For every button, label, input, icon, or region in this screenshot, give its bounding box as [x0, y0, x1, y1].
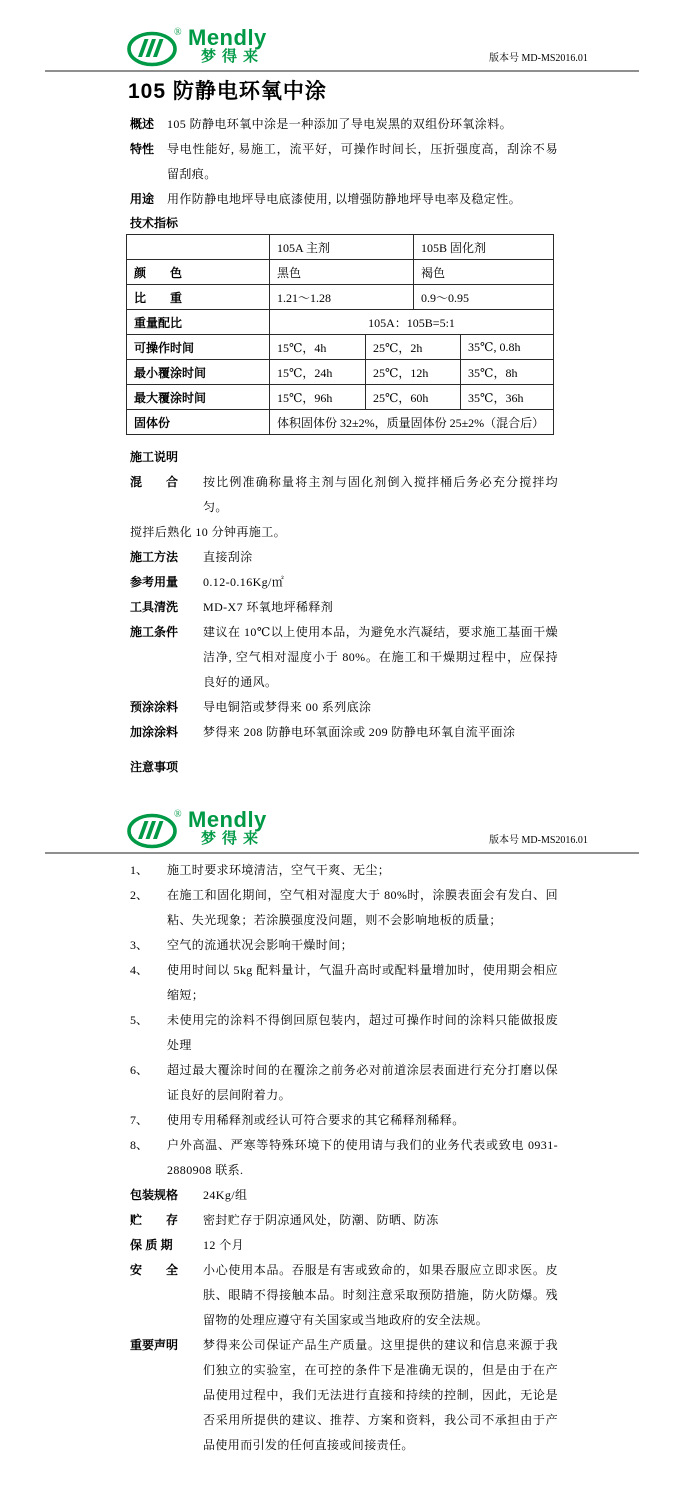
- section-text: 导电性能好, 易施工，流平好，可操作时间长，压折强度高，刮涂不易留刮痕。: [167, 137, 558, 187]
- section-text: MD-X7 环氧地坪稀释剂: [203, 595, 558, 620]
- section-label: 保 质 期: [130, 1233, 203, 1258]
- brand-name-zh: 梦得来: [188, 48, 267, 65]
- table-cell: 15℃，4h: [270, 335, 366, 360]
- brand-logo: ® Mendly 梦得来: [127, 807, 267, 851]
- section-consumption: 参考用量 0.12-0.16Kg/㎡: [130, 570, 558, 595]
- note-text: 户外高温、严寒等特殊环境下的使用请与我们的业务代表或致电 0931-288090…: [167, 1133, 558, 1183]
- note-item-2: 2、 在施工和固化期间，空气相对湿度大于 80%时，涂膜表面会有发白、回粘、失光…: [130, 883, 558, 933]
- note-text: 使用时间以 5kg 配料量计，气温升高时或配料量增加时，使用期会相应缩短；: [167, 958, 558, 1008]
- table-cell: 25℃，60h: [366, 385, 461, 410]
- table-row: 105A 主剂 105B 固化剂: [127, 235, 554, 260]
- section-text: 梦得来公司保证产品生产质量。这里提供的建议和信息来源于我们独立的实验室，在可控的…: [203, 1333, 558, 1458]
- note-number: 3、: [130, 933, 167, 958]
- page2-content: 1、 施工时要求环境清洁，空气干爽、无尘； 2、 在施工和固化期间，空气相对湿度…: [130, 858, 558, 1458]
- table-cell: 35℃，8h: [461, 360, 554, 385]
- section-text: 直接刮涂: [203, 545, 558, 570]
- page-header: ® Mendly 梦得来 版本号 MD-MS2016.01: [0, 782, 687, 855]
- note-item-7: 7、 使用专用稀释剂或经认可符合要求的其它稀释剂稀释。: [130, 1108, 558, 1133]
- section-overview: 概述 105 防静电环氧中涂是一种添加了导电炭黑的双组份环氧涂料。: [130, 112, 558, 137]
- section-shelf-life: 保 质 期 12 个月: [130, 1233, 558, 1258]
- section-text: 0.12-0.16Kg/㎡: [203, 570, 558, 595]
- section-label: 加涂涂料: [130, 720, 203, 745]
- note-item-4: 4、 使用时间以 5kg 配料量计，气温升高时或配料量增加时，使用期会相应缩短；: [130, 958, 558, 1008]
- table-cell: 25℃，12h: [366, 360, 461, 385]
- table-row: 颜 色 黑色 褐色: [127, 260, 554, 285]
- tech-table: 105A 主剂 105B 固化剂 颜 色 黑色 褐色 比 重 1.21～1.28…: [126, 234, 554, 435]
- section-safety: 安 全 小心使用本品。吞服是有害或致命的，如果吞服应立即求医。皮肤、眼睛不得接触…: [130, 1258, 558, 1333]
- table-row-label: 颜 色: [127, 260, 270, 285]
- section-disclaimer: 重要声明 梦得来公司保证产品生产质量。这里提供的建议和信息来源于我们独立的实验室…: [130, 1333, 558, 1458]
- section-text: 建议在 10℃以上使用本品，为避免水汽凝结，要求施工基面干燥洁净, 空气相对湿度…: [203, 620, 558, 695]
- table-cell: 105B 固化剂: [414, 235, 554, 260]
- note-number: 1、: [130, 858, 167, 883]
- notes-heading: 注意事项: [130, 755, 558, 780]
- section-text: 密封贮存于阴凉通风处，防潮、防晒、防冻: [203, 1208, 558, 1233]
- brand-logo-text: Mendly 梦得来: [188, 810, 267, 847]
- section-label: 包装规格: [130, 1183, 203, 1208]
- registered-mark: ®: [174, 809, 182, 820]
- header-rule: [45, 70, 639, 72]
- table-row-label: 可操作时间: [127, 335, 270, 360]
- note-item-5: 5、 未使用完的涂料不得倒回原包装内，超过可操作时间的涂料只能做报废处理: [130, 1008, 558, 1058]
- page-2: ® Mendly 梦得来 版本号 MD-MS2016.01 1、 施工时要求环境…: [0, 782, 687, 1458]
- note-item-8: 8、 户外高温、严寒等特殊环境下的使用请与我们的业务代表或致电 0931-288…: [130, 1133, 558, 1183]
- table-cell: 15℃，96h: [270, 385, 366, 410]
- note-text: 超过最大覆涂时间的在覆涂之前务必对前道涂层表面进行充分打磨以保证良好的层间附着力…: [167, 1058, 558, 1108]
- note-item-1: 1、 施工时要求环境清洁，空气干爽、无尘；: [130, 858, 558, 883]
- table-cell: 105A 主剂: [270, 235, 414, 260]
- note-number: 7、: [130, 1108, 167, 1133]
- section-label: 施工条件: [130, 620, 203, 695]
- section-precoat: 预涂涂料 导电铜箔或梦得来 00 系列底涂: [130, 695, 558, 720]
- section-label: 工具清洗: [130, 595, 203, 620]
- registered-mark: ®: [174, 27, 182, 38]
- table-cell: 褐色: [414, 260, 554, 285]
- section-text: 按比例准确称量将主剂与固化剂倒入搅拌桶后务必充分搅拌均匀。: [203, 470, 558, 520]
- table-cell: 15℃，24h: [270, 360, 366, 385]
- note-text: 在施工和固化期间，空气相对湿度大于 80%时，涂膜表面会有发白、回粘、失光现象；…: [167, 883, 558, 933]
- brand-mark-icon: ®: [127, 25, 185, 69]
- section-label: 特性: [130, 137, 167, 187]
- section-text: 导电铜箔或梦得来 00 系列底涂: [203, 695, 558, 720]
- note-item-6: 6、 超过最大覆涂时间的在覆涂之前务必对前道涂层表面进行充分打磨以保证良好的层间…: [130, 1058, 558, 1108]
- tech-heading: 技术指标: [130, 212, 558, 234]
- table-row: 可操作时间 15℃，4h 25℃，2h 35℃, 0.8h: [127, 335, 554, 360]
- section-usage: 用途 用作防静电地坪导电底漆使用, 以增强防静地坪导电率及稳定性。: [130, 187, 558, 212]
- section-features: 特性 导电性能好, 易施工，流平好，可操作时间长，压折强度高，刮涂不易留刮痕。: [130, 137, 558, 187]
- section-text: 24Kg/组: [203, 1183, 558, 1208]
- section-label: 混 合: [130, 470, 203, 520]
- table-cell: 35℃，36h: [461, 385, 554, 410]
- note-item-3: 3、 空气的流通状况会影响干燥时间；: [130, 933, 558, 958]
- section-label: 概述: [130, 112, 167, 137]
- brand-logo: ® Mendly 梦得来: [127, 25, 267, 69]
- section-text: 12 个月: [203, 1233, 558, 1258]
- page-title: 105 防静电环氧中涂: [128, 80, 687, 104]
- note-text: 使用专用稀释剂或经认可符合要求的其它稀释剂稀释。: [167, 1108, 558, 1133]
- section-topcoat: 加涂涂料 梦得来 208 防静电环氧面涂或 209 防静电环氧自流平面涂: [130, 720, 558, 745]
- table-row: 最小覆涂时间 15℃，24h 25℃，12h 35℃，8h: [127, 360, 554, 385]
- note-text: 未使用完的涂料不得倒回原包装内，超过可操作时间的涂料只能做报废处理: [167, 1008, 558, 1058]
- table-cell: 体积固体份 32±2%，质量固体份 25±2%（混合后）: [270, 410, 554, 435]
- version-label: 版本号 MD-MS2016.01: [489, 835, 588, 847]
- brand-name: Mendly: [188, 810, 267, 830]
- note-number: 8、: [130, 1133, 167, 1183]
- table-row-label: 固体份: [127, 410, 270, 435]
- table-cell: 25℃，2h: [366, 335, 461, 360]
- version-label: 版本号 MD-MS2016.01: [489, 53, 588, 65]
- table-row: 重量配比 105A：105B=5:1: [127, 310, 554, 335]
- table-row-label: 比 重: [127, 285, 270, 310]
- table-row: 固体份 体积固体份 32±2%，质量固体份 25±2%（混合后）: [127, 410, 554, 435]
- table-row-label: 最小覆涂时间: [127, 360, 270, 385]
- table-cell: 0.9～0.95: [414, 285, 554, 310]
- brand-name-zh: 梦得来: [188, 830, 267, 847]
- section-storage: 贮 存 密封贮存于阴凉通风处，防潮、防晒、防冻: [130, 1208, 558, 1233]
- note-number: 6、: [130, 1058, 167, 1108]
- table-row-label: 最大覆涂时间: [127, 385, 270, 410]
- section-label: 重要声明: [130, 1333, 203, 1458]
- section-label: 施工方法: [130, 545, 203, 570]
- page1-content: 概述 105 防静电环氧中涂是一种添加了导电炭黑的双组份环氧涂料。 特性 导电性…: [130, 112, 558, 780]
- table-cell: 35℃, 0.8h: [461, 335, 554, 360]
- note-text: 施工时要求环境清洁，空气干爽、无尘；: [167, 858, 558, 883]
- section-apply-method: 施工方法 直接刮涂: [130, 545, 558, 570]
- table-cell: 黑色: [270, 260, 414, 285]
- table-row: 比 重 1.21～1.28 0.9～0.95: [127, 285, 554, 310]
- page-1: ® Mendly 梦得来 版本号 MD-MS2016.01 105 防静电环氧中…: [0, 0, 687, 780]
- section-label: 预涂涂料: [130, 695, 203, 720]
- brand-mark-icon: ®: [127, 807, 185, 851]
- section-packaging: 包装规格 24Kg/组: [130, 1183, 558, 1208]
- table-row-label: [127, 235, 270, 260]
- section-text: 小心使用本品。吞服是有害或致命的，如果吞服应立即求医。皮肤、眼睛不得接触本品。时…: [203, 1258, 558, 1333]
- section-label: 参考用量: [130, 570, 203, 595]
- section-tool-cleaning: 工具清洗 MD-X7 环氧地坪稀释剂: [130, 595, 558, 620]
- table-row: 最大覆涂时间 15℃，96h 25℃，60h 35℃，36h: [127, 385, 554, 410]
- table-cell: 1.21～1.28: [270, 285, 414, 310]
- page-header: ® Mendly 梦得来 版本号 MD-MS2016.01: [0, 0, 687, 73]
- header-rule: [45, 852, 639, 854]
- note-number: 2、: [130, 883, 167, 933]
- brand-logo-text: Mendly 梦得来: [188, 28, 267, 65]
- section-mixing: 混 合 按比例准确称量将主剂与固化剂倒入搅拌桶后务必充分搅拌均匀。: [130, 470, 558, 520]
- section-label: 贮 存: [130, 1208, 203, 1233]
- section-text: 105 防静电环氧中涂是一种添加了导电炭黑的双组份环氧涂料。: [167, 112, 558, 137]
- section-conditions: 施工条件 建议在 10℃以上使用本品，为避免水汽凝结，要求施工基面干燥洁净, 空…: [130, 620, 558, 695]
- note-number: 4、: [130, 958, 167, 1008]
- section-label: 安 全: [130, 1258, 203, 1333]
- table-cell: 105A：105B=5:1: [270, 310, 554, 335]
- note-text: 空气的流通状况会影响干燥时间；: [167, 933, 558, 958]
- mixing-continued-text: 搅拌后熟化 10 分钟再施工。: [130, 520, 558, 545]
- apply-heading: 施工说明: [130, 445, 558, 470]
- section-text: 梦得来 208 防静电环氧面涂或 209 防静电环氧自流平面涂: [203, 720, 558, 745]
- table-row-label: 重量配比: [127, 310, 270, 335]
- note-number: 5、: [130, 1008, 167, 1058]
- section-text: 用作防静电地坪导电底漆使用, 以增强防静地坪导电率及稳定性。: [167, 187, 558, 212]
- section-label: 用途: [130, 187, 167, 212]
- brand-name: Mendly: [188, 28, 267, 48]
